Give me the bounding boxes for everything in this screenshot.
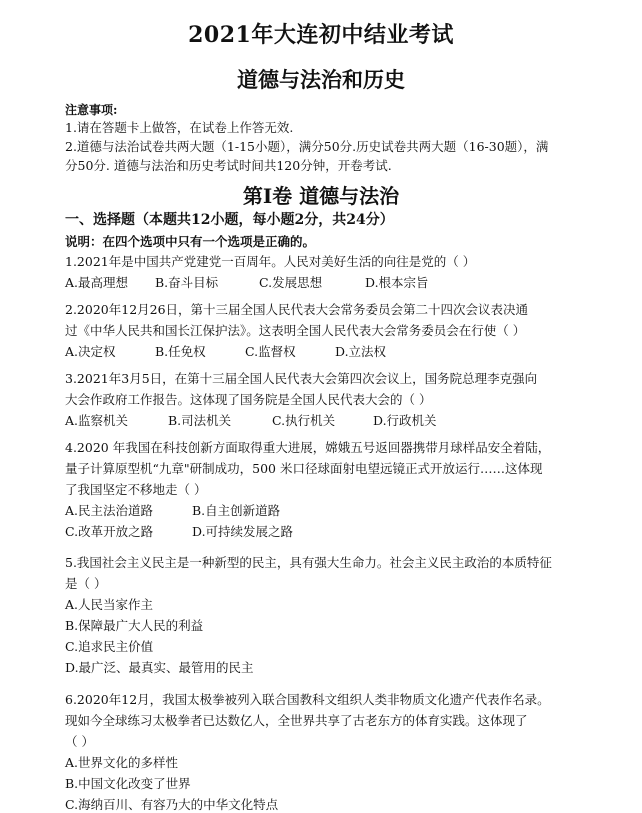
note-line: 分50分. 道德与法治和历史考试时间共120分钟，开卷考试. xyxy=(65,158,392,174)
q6-option-c[interactable]: C.海纳百川、有容乃大的中华文化特点 xyxy=(65,797,278,813)
note-line: 1.请在答题卡上做答，在试卷上作答无效. xyxy=(65,120,293,136)
q5-option-b[interactable]: B.保障最广大人民的利益 xyxy=(65,618,203,634)
question-2-text: 过《中华人民共和国长江保护法》。这表明全国人民代表大会常务委员会在行使（ ） xyxy=(65,323,525,339)
q4-option-d[interactable]: D.可持续发展之路 xyxy=(192,524,293,540)
question-4-text: 量子计算原型机“九章"研制成功，500 米口径球面射电望远镜正式开放运行……这体… xyxy=(65,461,542,477)
q4-option-b[interactable]: B.自主创新道路 xyxy=(192,503,280,519)
q3-option-c[interactable]: C.执行机关 xyxy=(272,413,335,429)
q6-option-b[interactable]: B.中国文化改变了世界 xyxy=(65,776,191,792)
q1-option-c[interactable]: C.发展思想 xyxy=(259,275,322,291)
q5-option-a[interactable]: A.人民当家作主 xyxy=(65,597,153,613)
question-5-text: 5.我国社会主义民主是一种新型的民主，具有强大生命力。社会主义民主政治的本质特征 xyxy=(65,555,552,571)
q6-option-a[interactable]: A.世界文化的多样性 xyxy=(65,755,178,771)
q2-option-c[interactable]: C.监督权 xyxy=(245,344,296,360)
q5-option-d[interactable]: D.最广泛、最真实、最管用的民主 xyxy=(65,660,254,676)
q4-option-a[interactable]: A.民主法治道路 xyxy=(65,503,153,519)
question-5-text: 是（ ） xyxy=(65,576,106,592)
note-line: 2.道德与法治试卷共两大题（1-15小题），满分50分.历史试卷共两大题（16-… xyxy=(65,139,548,155)
part-heading: 一、选择题（本题共12小题，每小题2分，共24分） xyxy=(65,212,394,228)
q2-option-b[interactable]: B.任免权 xyxy=(155,344,206,360)
question-4-text: 4.2020 年我国在科技创新方面取得重大进展，嫦娥五号返回器携带月球样品安全着… xyxy=(65,440,550,456)
q4-option-c[interactable]: C.改革开放之路 xyxy=(65,524,153,540)
section-title: 第Ⅰ卷 道德与法治 xyxy=(0,180,642,209)
question-2-text: 2.2020年12月26日，第十三届全国人民代表大会常务委员会第二十四次会议表决… xyxy=(65,302,528,318)
question-3-text: 3.2021年3月5日，在第十三届全国人民代表大会第四次会议上，国务院总理李克强… xyxy=(65,371,537,387)
question-6-text: 现如今全球练习太极拳者已达数亿人，全世界共享了古老东方的体育实践。这体现了 xyxy=(65,713,528,729)
question-4-text: 了我国坚定不移地走（ ） xyxy=(65,482,206,498)
instruction: 说明：在四个选项中只有一个选项是正确的。 xyxy=(65,234,315,250)
question-1-text: 1.2021年是中国共产党建党一百周年。人民对美好生活的向往是党的（ ） xyxy=(65,254,475,270)
q2-option-a[interactable]: A.决定权 xyxy=(65,344,116,360)
q1-option-b[interactable]: B.奋斗目标 xyxy=(155,275,218,291)
exam-title: 2021年大连初中结业考试 xyxy=(0,18,642,49)
q1-option-d[interactable]: D.根本宗旨 xyxy=(365,275,429,291)
q5-option-c[interactable]: C.追求民主价值 xyxy=(65,639,153,655)
q1-option-a[interactable]: A.最高理想 xyxy=(65,275,128,291)
question-3-text: 大会作政府工作报告。这体现了国务院是全国人民代表大会的（ ） xyxy=(65,392,431,408)
q3-option-b[interactable]: B.司法机关 xyxy=(168,413,231,429)
notes-heading: 注意事项: xyxy=(65,102,117,118)
q2-option-d[interactable]: D.立法权 xyxy=(335,344,386,360)
question-6-text: （ ） xyxy=(65,734,94,750)
exam-subtitle: 道德与法治和历史 xyxy=(0,64,642,94)
q3-option-a[interactable]: A.监察机关 xyxy=(65,413,128,429)
q3-option-d[interactable]: D.行政机关 xyxy=(373,413,437,429)
question-6-text: 6.2020年12月，我国太极拳被列入联合国教科文组织人类非物质文化遗产代表作名… xyxy=(65,692,550,708)
